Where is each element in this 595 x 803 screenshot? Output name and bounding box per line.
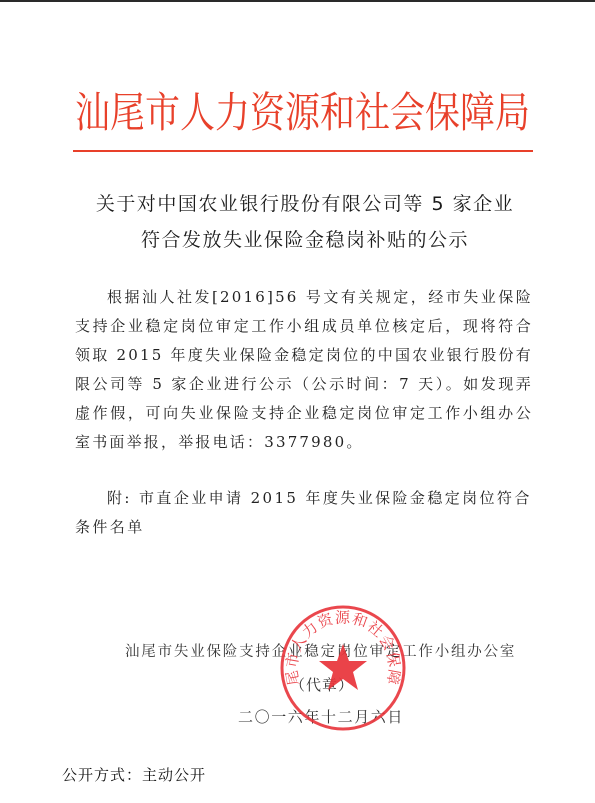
disclosure-method: 公开方式：主动公开 [62, 764, 206, 785]
title-line-2: 符合发放失业保险金稳岗补贴的公示 [60, 222, 550, 258]
body-paragraph: 根据汕人社发[2016]56 号文有关规定，经市失业保险支持企业稳定岗位审定工作… [75, 283, 533, 457]
document-title: 关于对中国农业银行股份有限公司等 5 家企业 符合发放失业保险金稳岗补贴的公示 [60, 186, 550, 258]
issuer-header: 汕尾市人力资源和社会保障局 [70, 84, 535, 144]
body-content: 根据汕人社发[2016]56 号文有关规定，经市失业保险支持企业稳定岗位审定工作… [75, 283, 533, 457]
signature-note: （代章） [290, 674, 354, 695]
scan-border [0, 0, 595, 2]
header-divider [73, 150, 533, 152]
attachment-text: 附: 市直企业申请 2015 年度失业保险金稳定岗位符合条件名单 [75, 484, 533, 542]
title-line-1: 关于对中国农业银行股份有限公司等 5 家企业 [60, 186, 550, 222]
attachment-note: 附: 市直企业申请 2015 年度失业保险金稳定岗位符合条件名单 [75, 484, 533, 542]
signature-organization: 汕尾市失业保险支持企业稳定岗位审定工作小组办公室 [125, 640, 525, 661]
signature-date: 二〇一六年十二月六日 [238, 706, 404, 727]
